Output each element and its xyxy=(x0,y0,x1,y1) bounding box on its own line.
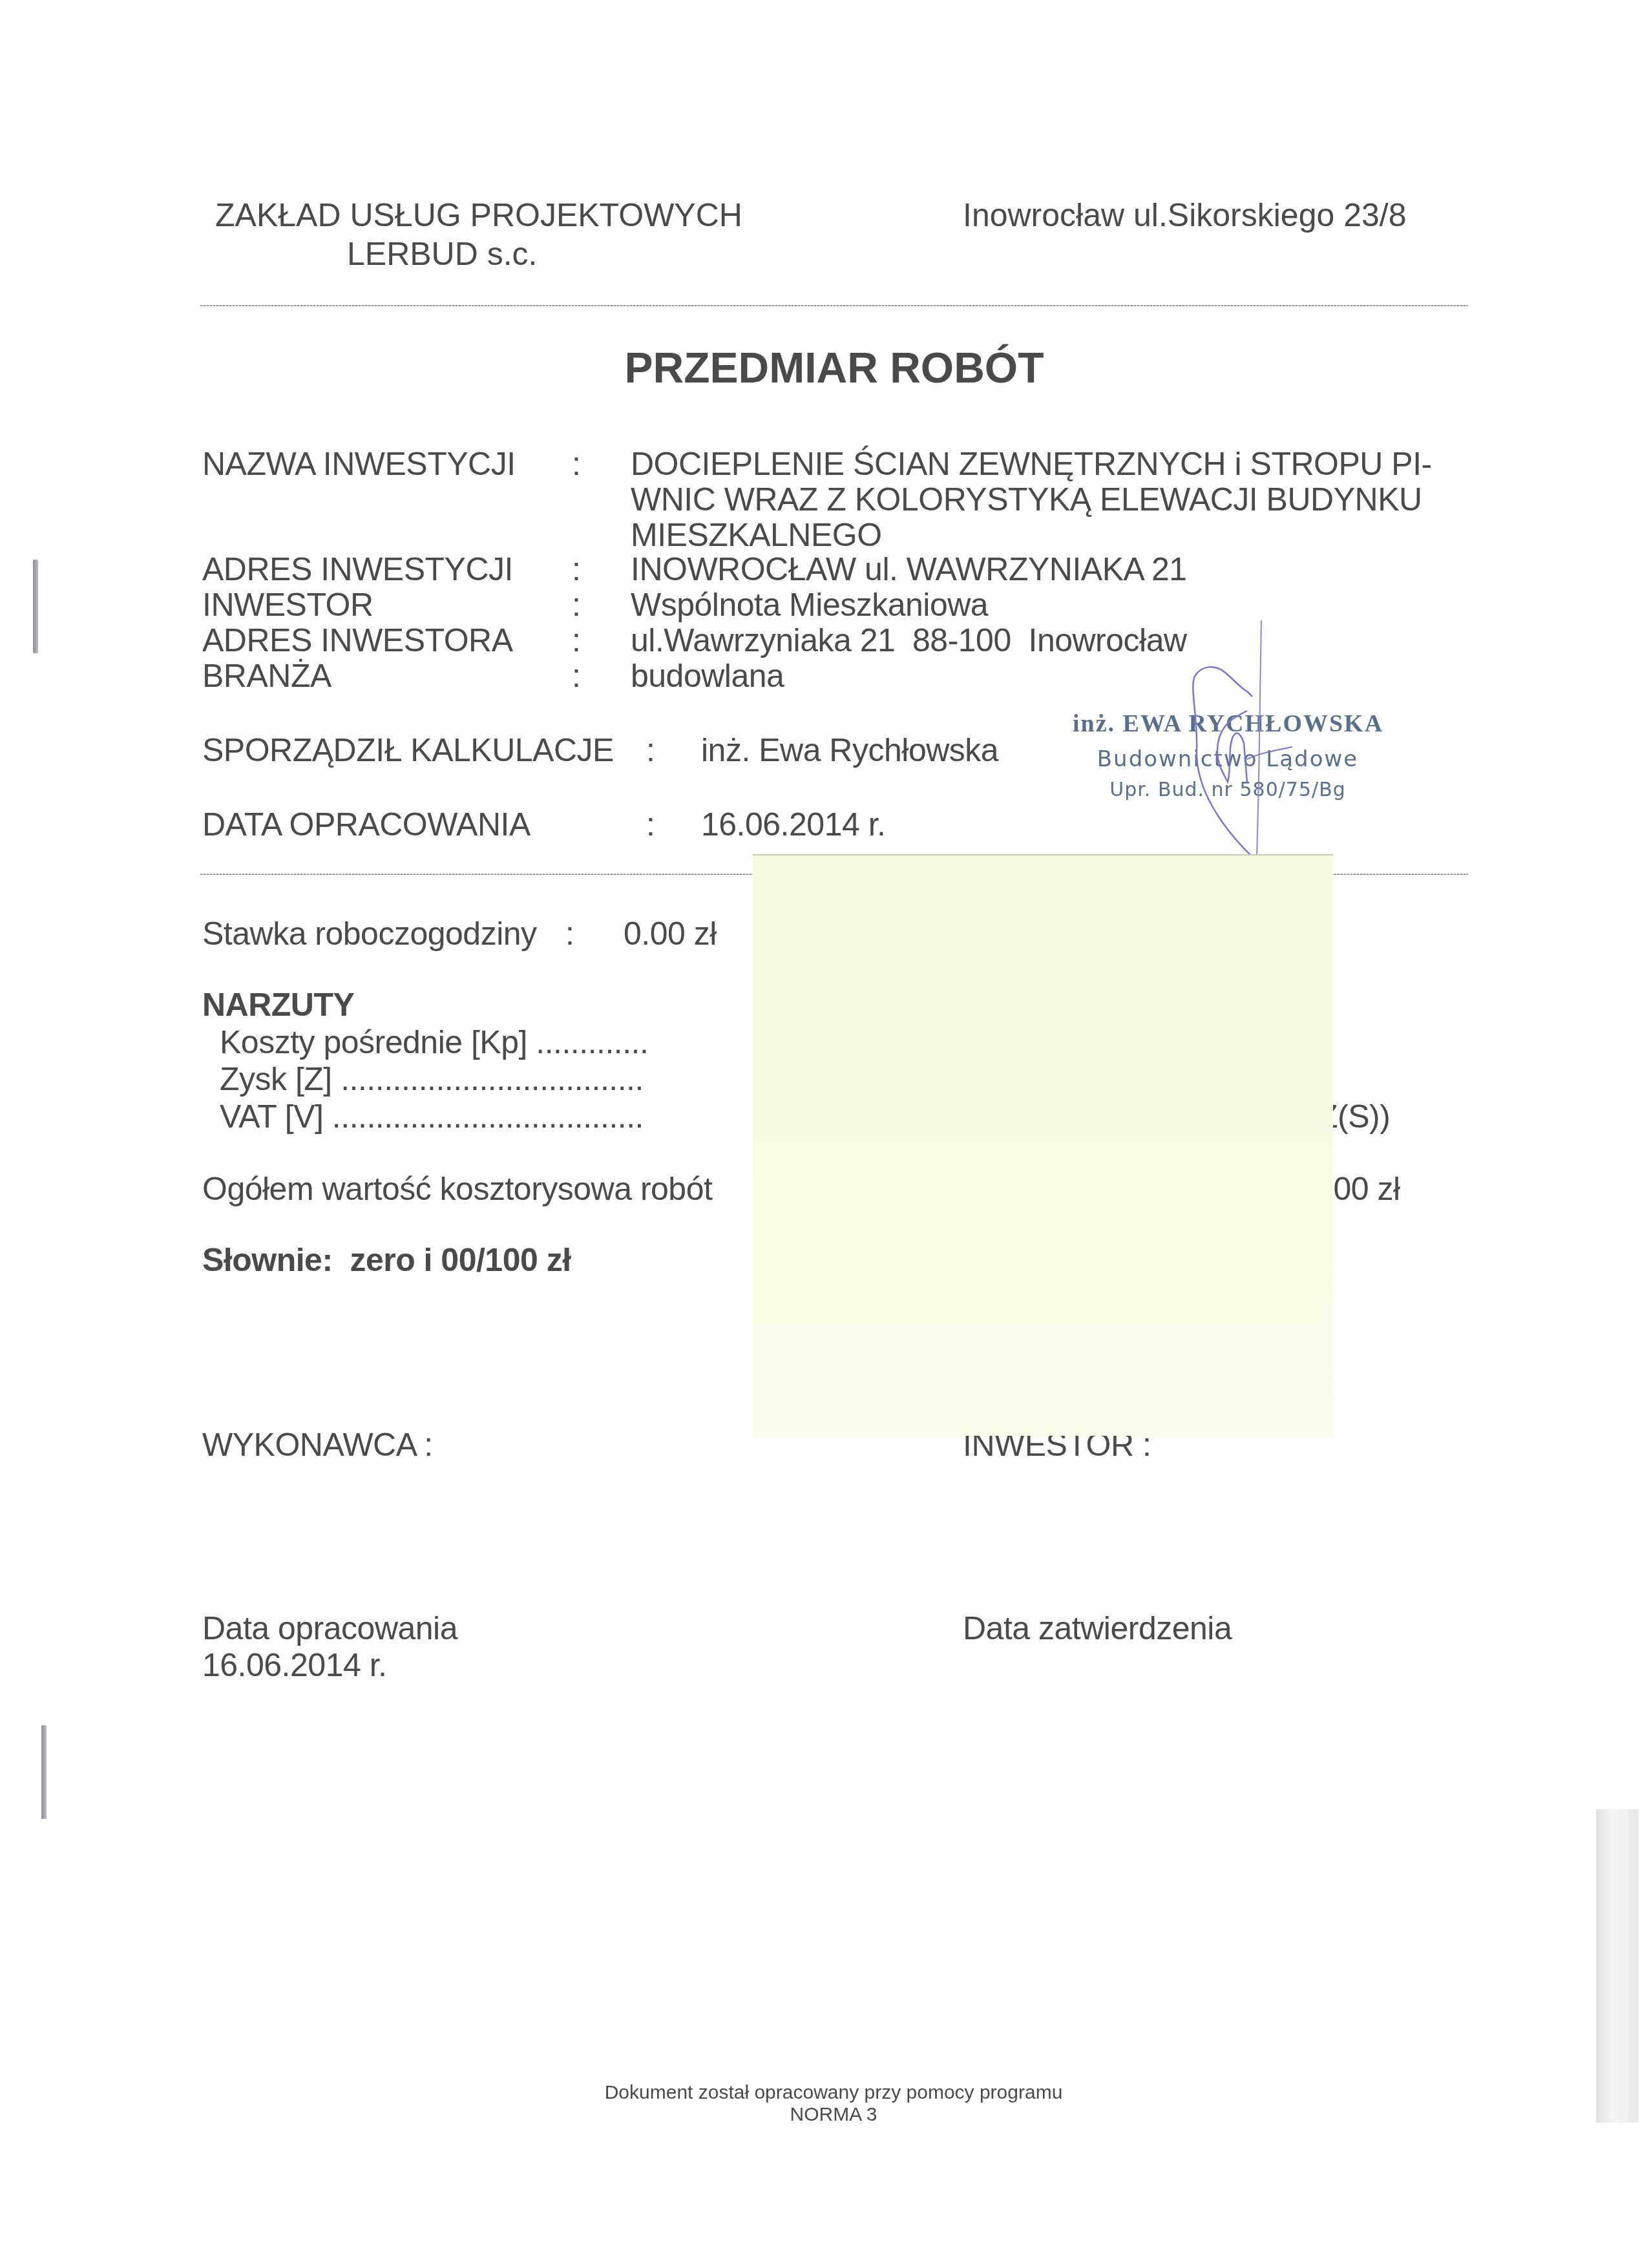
label-contractor: WYKONAWCA : xyxy=(202,1427,433,1463)
header-divider xyxy=(200,305,1468,306)
signature-icon xyxy=(1150,620,1318,859)
value-investor-address: ul.Wawrzyniaka 21 88-100 Inowrocław xyxy=(631,622,1187,658)
separator: : xyxy=(572,587,580,623)
leader-dots: ................................... xyxy=(341,1061,644,1097)
sticky-note-overlay xyxy=(753,854,1333,1437)
label-investor: INWESTOR xyxy=(202,587,373,623)
amount-in-words: Słownie: zero i 00/100 zł xyxy=(202,1242,571,1278)
label-branch: BRANŻA xyxy=(202,658,331,694)
surcharge-indirect-costs: Koszty pośrednie [Kp] ............. xyxy=(220,1024,648,1060)
separator: : xyxy=(646,732,655,768)
value-labor-rate: 0.00 zł xyxy=(624,916,717,952)
surcharges-heading: NARZUTY xyxy=(202,987,354,1023)
separator: : xyxy=(572,551,580,587)
label-investment-name: NAZWA INWESTYCJI xyxy=(202,446,516,482)
value-in-words: zero i 00/100 zł xyxy=(350,1242,571,1278)
label-total: Ogółem wartość kosztorysowa robót xyxy=(202,1171,712,1207)
company-suffix: LERBUD s.c. xyxy=(347,236,538,272)
value-investor: Wspólnota Mieszkaniowa xyxy=(631,587,988,623)
label-labor-rate: Stawka roboczogodziny xyxy=(202,916,537,952)
label-in-words: Słownie: xyxy=(202,1242,333,1278)
leader-dots: ............. xyxy=(536,1024,648,1060)
footer-program: NORMA 3 xyxy=(543,2104,1124,2126)
value-investment-name-2: WNIC WRAZ Z KOLORYSTYKĄ ELEWACJI BUDYNKU xyxy=(631,481,1422,518)
leader-dots: .................................... xyxy=(332,1098,644,1135)
label-investment-address: ADRES INWESTYCJI xyxy=(202,551,513,587)
value-prepared-by: inż. Ewa Rychłowska xyxy=(701,732,998,768)
value-investment-name-1: DOCIEPLENIE ŚCIAN ZEWNĘTRZNYCH i STROPU … xyxy=(631,446,1432,482)
separator: : xyxy=(565,916,574,952)
page-edge-shadow xyxy=(1596,1809,1639,2123)
surcharge-label: Koszty pośrednie [Kp] xyxy=(220,1024,527,1060)
label-prepared-by: SPORZĄDZIŁ KALKULACJE xyxy=(202,732,614,768)
separator: : xyxy=(572,622,580,658)
label-prepared-date-bottom: Data opracowania xyxy=(202,1610,457,1646)
surcharge-label: Zysk [Z] xyxy=(220,1061,332,1097)
surcharge-profit: Zysk [Z] ...............................… xyxy=(220,1061,644,1097)
footer-note: Dokument został opracowany przy pomocy p… xyxy=(543,2082,1124,2104)
company-name: ZAKŁAD USŁUG PROJEKTOWYCH xyxy=(215,197,742,233)
value-investment-name-3: MIESZKALNEGO xyxy=(631,517,882,553)
value-prepared-date-bottom: 16.06.2014 r. xyxy=(202,1647,386,1683)
company-address: Inowrocław ul.Sikorskiego 23/8 xyxy=(963,197,1406,233)
label-approval-date: Data zatwierdzenia xyxy=(963,1610,1232,1646)
value-branch: budowlana xyxy=(631,658,784,694)
label-preparation-date: DATA OPRACOWANIA xyxy=(202,806,530,843)
scan-mark xyxy=(33,560,38,653)
value-investment-address: INOWROCŁAW ul. WAWRZYNIAKA 21 xyxy=(631,551,1187,587)
label-investor-address: ADRES INWESTORA xyxy=(202,622,513,658)
value-total-partial: .00 zł xyxy=(1325,1171,1400,1207)
page-title: PRZEDMIAR ROBÓT xyxy=(0,344,1649,392)
separator: : xyxy=(572,446,580,482)
value-preparation-date: 16.06.2014 r. xyxy=(701,806,885,843)
surcharge-label: VAT [V] xyxy=(220,1098,323,1135)
separator: : xyxy=(572,658,580,694)
separator: : xyxy=(646,806,655,843)
surcharge-vat: VAT [V] ................................… xyxy=(220,1098,644,1135)
scan-mark xyxy=(41,1725,47,1819)
